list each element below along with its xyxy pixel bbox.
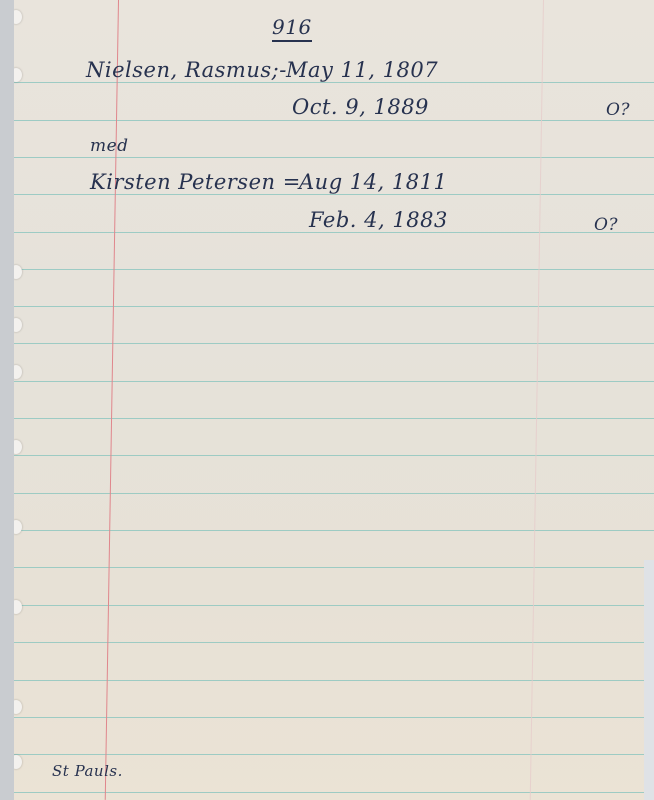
rule-line [14,232,654,233]
notebook-page: 916 Nielsen, Rasmus;- May 11, 1807 Oct. … [14,0,654,800]
rule-line [14,269,654,270]
rule-line [14,120,654,121]
torn-binding-edge [14,520,22,534]
torn-binding-edge [14,700,22,714]
torn-binding-edge [14,600,22,614]
person-2-birth-date: Aug 14, 1811 [299,170,447,194]
rule-line [14,605,654,606]
person-1-death-date: Oct. 9, 1889 [292,95,429,119]
rule-line [14,680,654,681]
torn-binding-edge [14,365,22,379]
rule-line [14,642,654,643]
torn-binding-edge [14,265,22,279]
torn-binding-edge [14,68,22,82]
page-number: 916 [272,15,312,42]
relation-label: med [90,136,129,156]
rule-line [14,306,654,307]
person-2-death-date: Feb. 4, 1883 [309,208,448,232]
rule-line [14,754,654,755]
rule-line [14,194,654,195]
rule-line [14,82,654,83]
person-1-birth-date: May 11, 1807 [286,58,438,82]
rule-line [14,717,654,718]
rule-line [14,343,654,344]
torn-binding-edge [14,318,22,332]
person-2-mark: O? [594,215,618,235]
rule-line [14,792,654,793]
person-2-name: Kirsten Petersen = [90,170,301,194]
person-1-name: Nielsen, Rasmus;- [86,58,287,82]
rule-line [14,418,654,419]
rule-line [14,381,654,382]
torn-binding-edge [14,440,22,454]
torn-binding-edge [14,755,22,769]
signature: St Pauls. [52,762,123,780]
torn-binding-edge [14,10,22,24]
person-1-mark: O? [606,100,630,120]
rule-line [14,567,654,568]
rule-line [14,157,654,158]
